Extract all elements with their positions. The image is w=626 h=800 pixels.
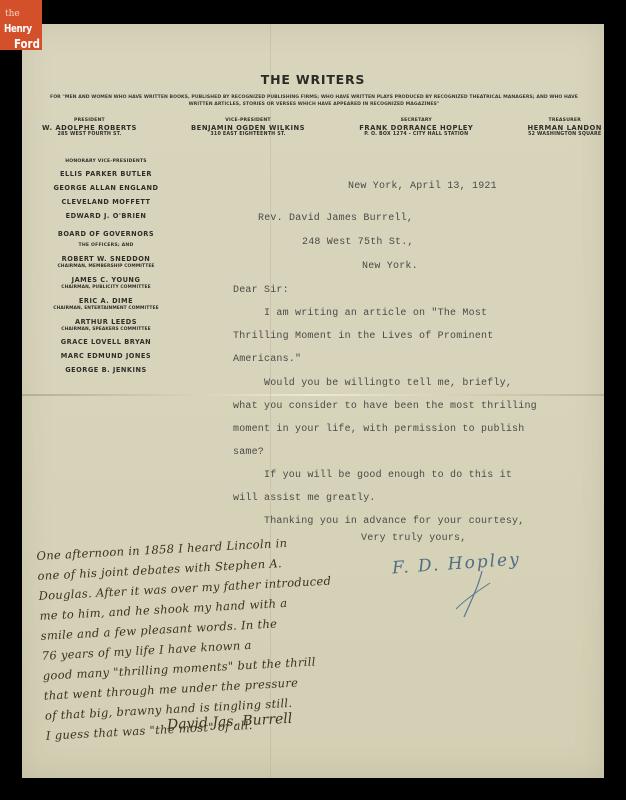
officer-secretary: SECRETARY FRANK DORRANCE HOPLEY P. O. BO… bbox=[359, 118, 473, 137]
officer-role: PRESIDENT bbox=[42, 118, 137, 123]
officer-vice-president: VICE-PRESIDENT BENJAMIN OGDEN WILKINS 31… bbox=[191, 118, 305, 137]
committee-title: CHAIRMAN, ENTERTAINMENT COMMITTEE bbox=[40, 305, 172, 314]
handwritten-reply: One afternoon in 1858 I heard Lincoln in… bbox=[36, 528, 386, 746]
officer-name: BENJAMIN OGDEN WILKINS bbox=[191, 124, 305, 132]
officer-address: 310 EAST EIGHTEENTH ST. bbox=[191, 132, 305, 137]
committee-member: ERIC A. DIME bbox=[40, 296, 172, 305]
body-line: Would you be willingto tell me, briefly, bbox=[233, 378, 512, 389]
officer-address: 285 WEST FOURTH ST. bbox=[42, 132, 137, 137]
committee-title: CHAIRMAN, SPEAKERS COMMITTEE bbox=[40, 326, 172, 335]
logo-the: the bbox=[5, 10, 20, 19]
letterhead-sidebar: HONORARY VICE-PRESIDENTS ELLIS PARKER BU… bbox=[40, 157, 172, 377]
honorary-heading: HONORARY VICE-PRESIDENTS bbox=[40, 157, 172, 167]
officer-role: TREASURER bbox=[527, 118, 602, 123]
officer-name: HERMAN LANDON bbox=[527, 124, 602, 132]
salutation: Dear Sir: bbox=[233, 285, 289, 296]
horizontal-fold-crease bbox=[22, 394, 604, 396]
body-line: moment in your life, with permission to … bbox=[233, 424, 524, 435]
closing: Very truly yours, bbox=[361, 533, 466, 544]
logo-ford: Ford bbox=[14, 38, 36, 50]
body-line: Thanking you in advance for your courtes… bbox=[233, 516, 524, 527]
officer-name: FRANK DORRANCE HOPLEY bbox=[359, 124, 473, 132]
committee-title: CHAIRMAN, PUBLICITY COMMITTEE bbox=[40, 284, 172, 293]
body-line: If you will be good enough to do this it bbox=[233, 470, 512, 481]
officer-address: 52 WASHINGTON SQUARE bbox=[527, 132, 602, 137]
recipient-city: New York. bbox=[362, 261, 418, 272]
honorary-member: CLEVELAND MOFFETT bbox=[40, 195, 172, 209]
committee-member: ARTHUR LEEDS bbox=[40, 317, 172, 326]
officer-address: P. O. BOX 1274 - CITY HALL STATION bbox=[359, 132, 473, 137]
letter-paper: THE WRITERS FOR "MEN AND WOMEN WHO HAVE … bbox=[22, 24, 604, 778]
governor: GRACE LOVELL BRYAN bbox=[40, 335, 172, 349]
governor: GEORGE B. JENKINS bbox=[40, 363, 172, 377]
committee-title: CHAIRMAN, MEMBERSHIP COMMITTEE bbox=[40, 263, 172, 272]
officer-role: VICE-PRESIDENT bbox=[191, 118, 305, 123]
honorary-member: EDWARD J. O'BRIEN bbox=[40, 209, 172, 223]
honorary-member: ELLIS PARKER BUTLER bbox=[40, 167, 172, 181]
body-line: same? bbox=[233, 447, 264, 458]
governor: MARC EDMUND JONES bbox=[40, 349, 172, 363]
officer-role: SECRETARY bbox=[359, 118, 473, 123]
officer-treasurer: TREASURER HERMAN LANDON 52 WASHINGTON SQ… bbox=[527, 118, 602, 137]
recipient-name: Rev. David James Burrell, bbox=[258, 213, 413, 224]
body-line: I am writing an article on "The Most bbox=[233, 308, 487, 319]
body-line: Americans." bbox=[233, 354, 301, 365]
honorary-member: GEORGE ALLAN ENGLAND bbox=[40, 181, 172, 195]
logo-henry: Henry bbox=[4, 23, 32, 34]
body-line: what you consider to have been the most … bbox=[233, 401, 537, 412]
body-line: will assist me greatly. bbox=[233, 493, 376, 504]
board-heading: BOARD OF GOVERNORS bbox=[40, 227, 172, 241]
letterhead-title: THE WRITERS bbox=[22, 72, 604, 87]
date-line: New York, April 13, 1921 bbox=[348, 181, 497, 192]
board-subheading: THE OFFICERS; AND bbox=[40, 241, 172, 251]
officer-president: PRESIDENT W. ADOLPHE ROBERTS 285 WEST FO… bbox=[42, 118, 137, 137]
henry-ford-logo: theHenry Ford bbox=[0, 0, 42, 50]
officers-row: PRESIDENT W. ADOLPHE ROBERTS 285 WEST FO… bbox=[42, 118, 602, 137]
committee-member: ROBERT W. SNEDDON bbox=[40, 254, 172, 263]
body-line: Thrilling Moment in the Lives of Promine… bbox=[233, 331, 493, 342]
recipient-street: 248 West 75th St., bbox=[302, 237, 414, 248]
letterhead-motto: FOR "MEN AND WOMEN WHO HAVE WRITTEN BOOK… bbox=[44, 94, 584, 108]
officer-name: W. ADOLPHE ROBERTS bbox=[42, 124, 137, 132]
signature-flourish bbox=[452, 569, 492, 619]
committee-member: JAMES C. YOUNG bbox=[40, 275, 172, 284]
